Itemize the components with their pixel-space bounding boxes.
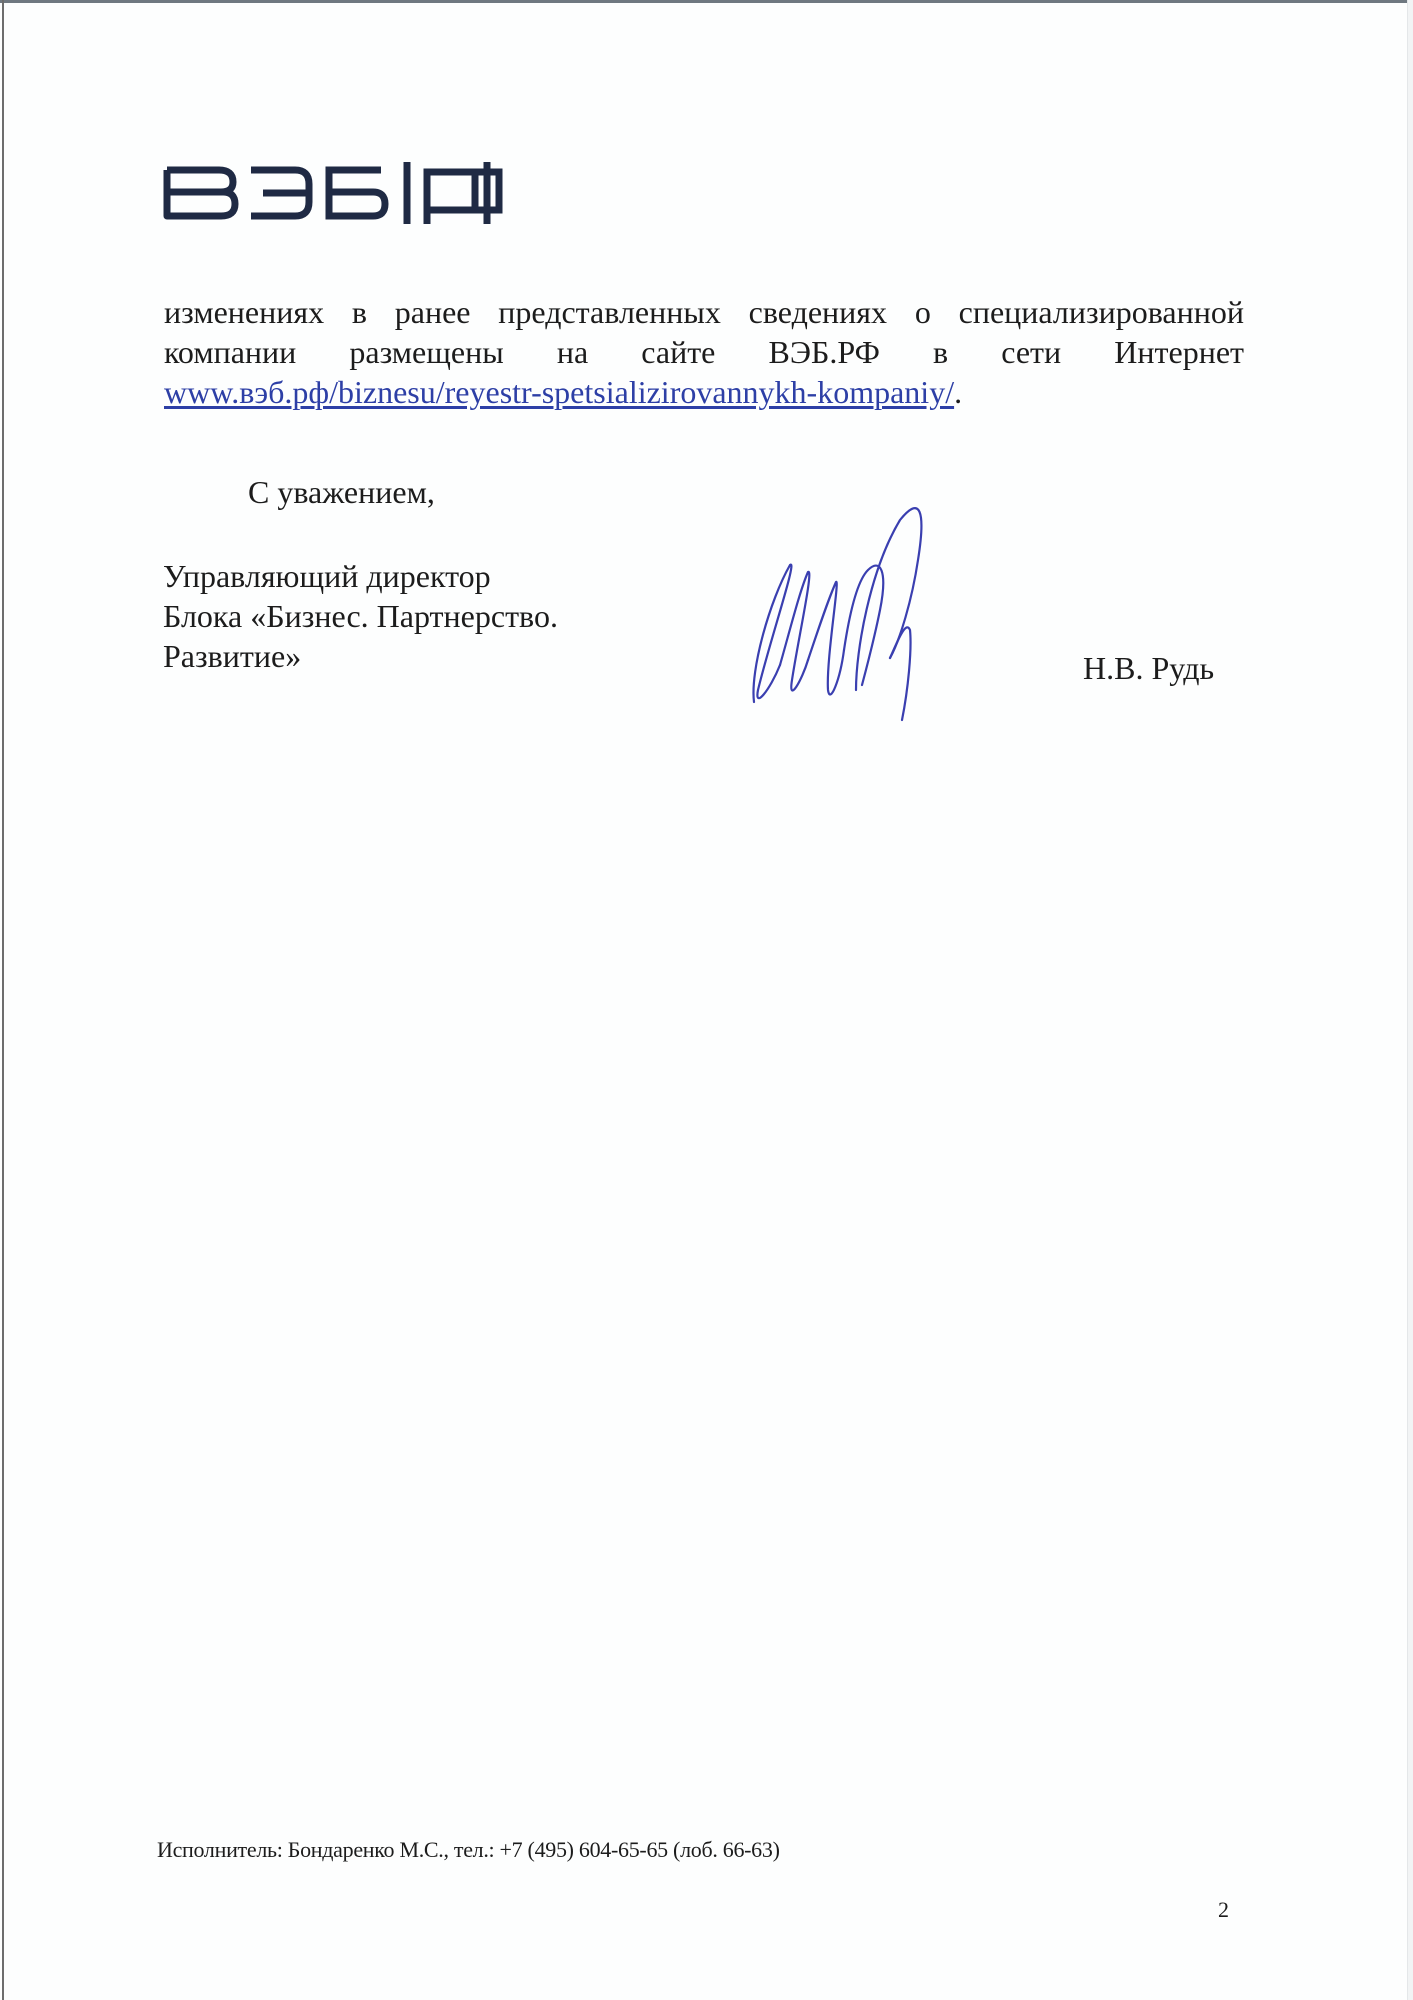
signatory-name: Н.В. Рудь bbox=[1083, 650, 1214, 687]
page-number: 2 bbox=[1218, 1897, 1229, 1923]
signatory-title-line-1: Управляющий директор bbox=[163, 556, 558, 596]
signatory-title: Управляющий директор Блока «Бизнес. Парт… bbox=[163, 556, 558, 676]
paragraph-line-2: компании размещены на сайте ВЭБ.РФ в сет… bbox=[164, 332, 1244, 372]
signatory-title-line-3: Развитие» bbox=[163, 636, 558, 676]
handwritten-signature bbox=[740, 490, 940, 735]
closing-salutation: С уважением, bbox=[248, 474, 435, 511]
scan-border-left bbox=[2, 0, 4, 2000]
signatory-title-line-2: Блока «Бизнес. Партнерство. bbox=[163, 596, 558, 636]
paragraph: изменениях в ранее представленных сведен… bbox=[164, 292, 1244, 412]
paragraph-line-3: www.вэб.рф/biznesu/reyestr-spetsializiro… bbox=[164, 374, 962, 410]
scan-border-right bbox=[1407, 0, 1413, 2000]
registry-link[interactable]: www.вэб.рф/biznesu/reyestr-spetsializiro… bbox=[164, 374, 954, 410]
executor-contact: Исполнитель: Бондаренко М.С., тел.: +7 (… bbox=[157, 1837, 780, 1863]
link-suffix: . bbox=[954, 374, 962, 410]
paragraph-line-1: изменениях в ранее представленных сведен… bbox=[164, 292, 1244, 332]
veb-rf-logo bbox=[163, 162, 503, 224]
scan-border-top bbox=[0, 0, 1413, 3]
